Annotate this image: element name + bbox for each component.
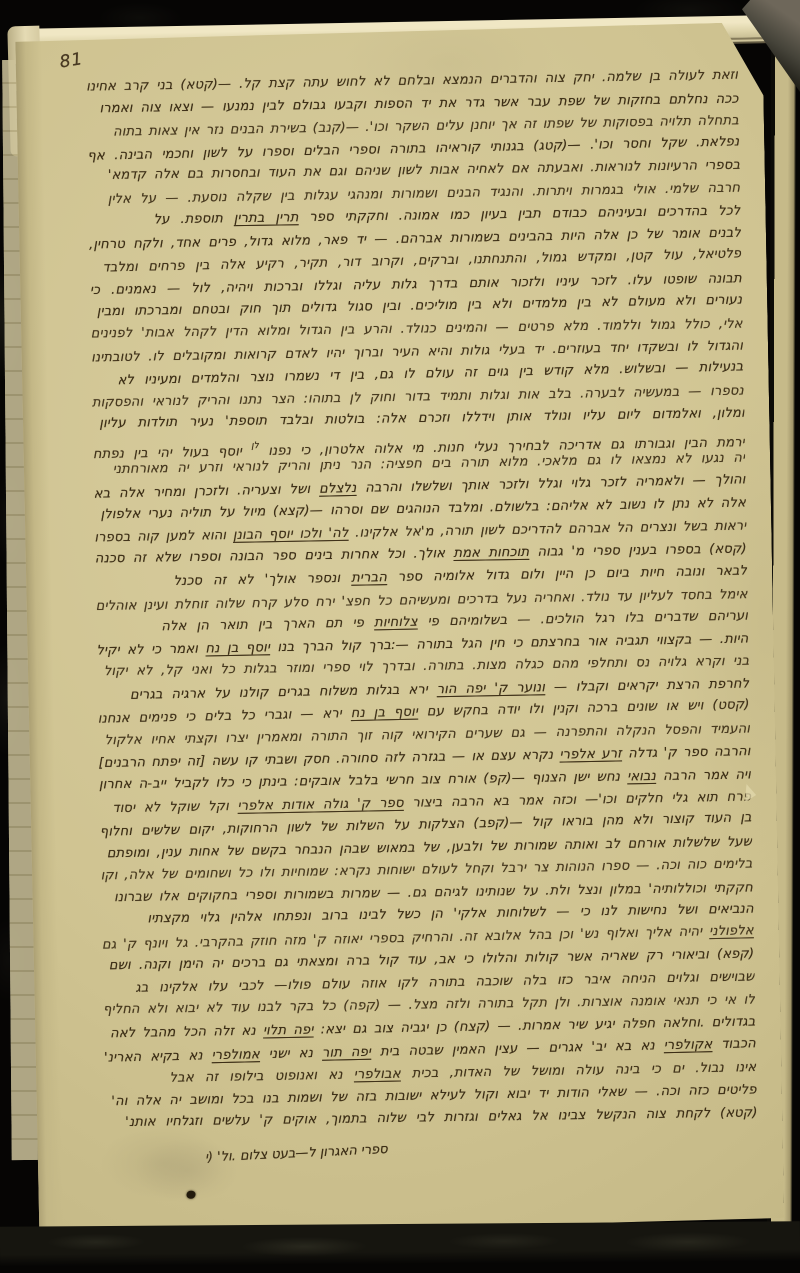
underlined-phrase: ספר ק' גולה אודות אלפרי (237, 795, 403, 813)
paper-stain (117, 1127, 259, 1215)
underlined-phrase: הברית (351, 570, 387, 586)
underlined-phrase: אבולפרי (354, 1067, 401, 1083)
underlined-phrase: אקולפרי (664, 1037, 713, 1053)
binding-edge-band (0, 1221, 800, 1267)
underlined-phrase: ונוער ק' יפה הור (437, 680, 546, 697)
underlined-phrase: אמולפרי (211, 1047, 260, 1063)
handwritten-text-block: וזאת לעולה בן שלמה. יחק צוה והדברים הנמצ… (86, 65, 757, 1136)
underlined-phrase: יוסף בן נח (351, 705, 419, 721)
manuscript-page: 81 וזאת לעולה בן שלמה. יחק צוה והדברים ה… (15, 22, 784, 1237)
underlined-phrase: צלוחיות (374, 615, 418, 631)
underlined-phrase: תרין בתרין (234, 210, 299, 226)
underlined-phrase: לה' ולכו יוסף הבונן (233, 526, 349, 543)
underlined-phrase: יפה תור (322, 1044, 371, 1060)
underlined-phrase: יפה תלוי (263, 1023, 314, 1039)
page-number: 81 (58, 49, 84, 72)
manuscript-scan: 81 וזאת לעולה בן שלמה. יחק צוה והדברים ה… (0, 0, 800, 1273)
underlined-phrase: זרע אלפרי (559, 747, 622, 763)
underlined-phrase: יוסף בן נח (205, 640, 270, 656)
underlined-phrase: אלפולני (709, 923, 754, 939)
interlinear-insertion: לן (251, 441, 259, 451)
underlined-phrase: נבואי (627, 769, 656, 784)
underlined-phrase: נלצלם (319, 481, 357, 497)
underlined-phrase: תוכחות אמת (453, 545, 529, 561)
